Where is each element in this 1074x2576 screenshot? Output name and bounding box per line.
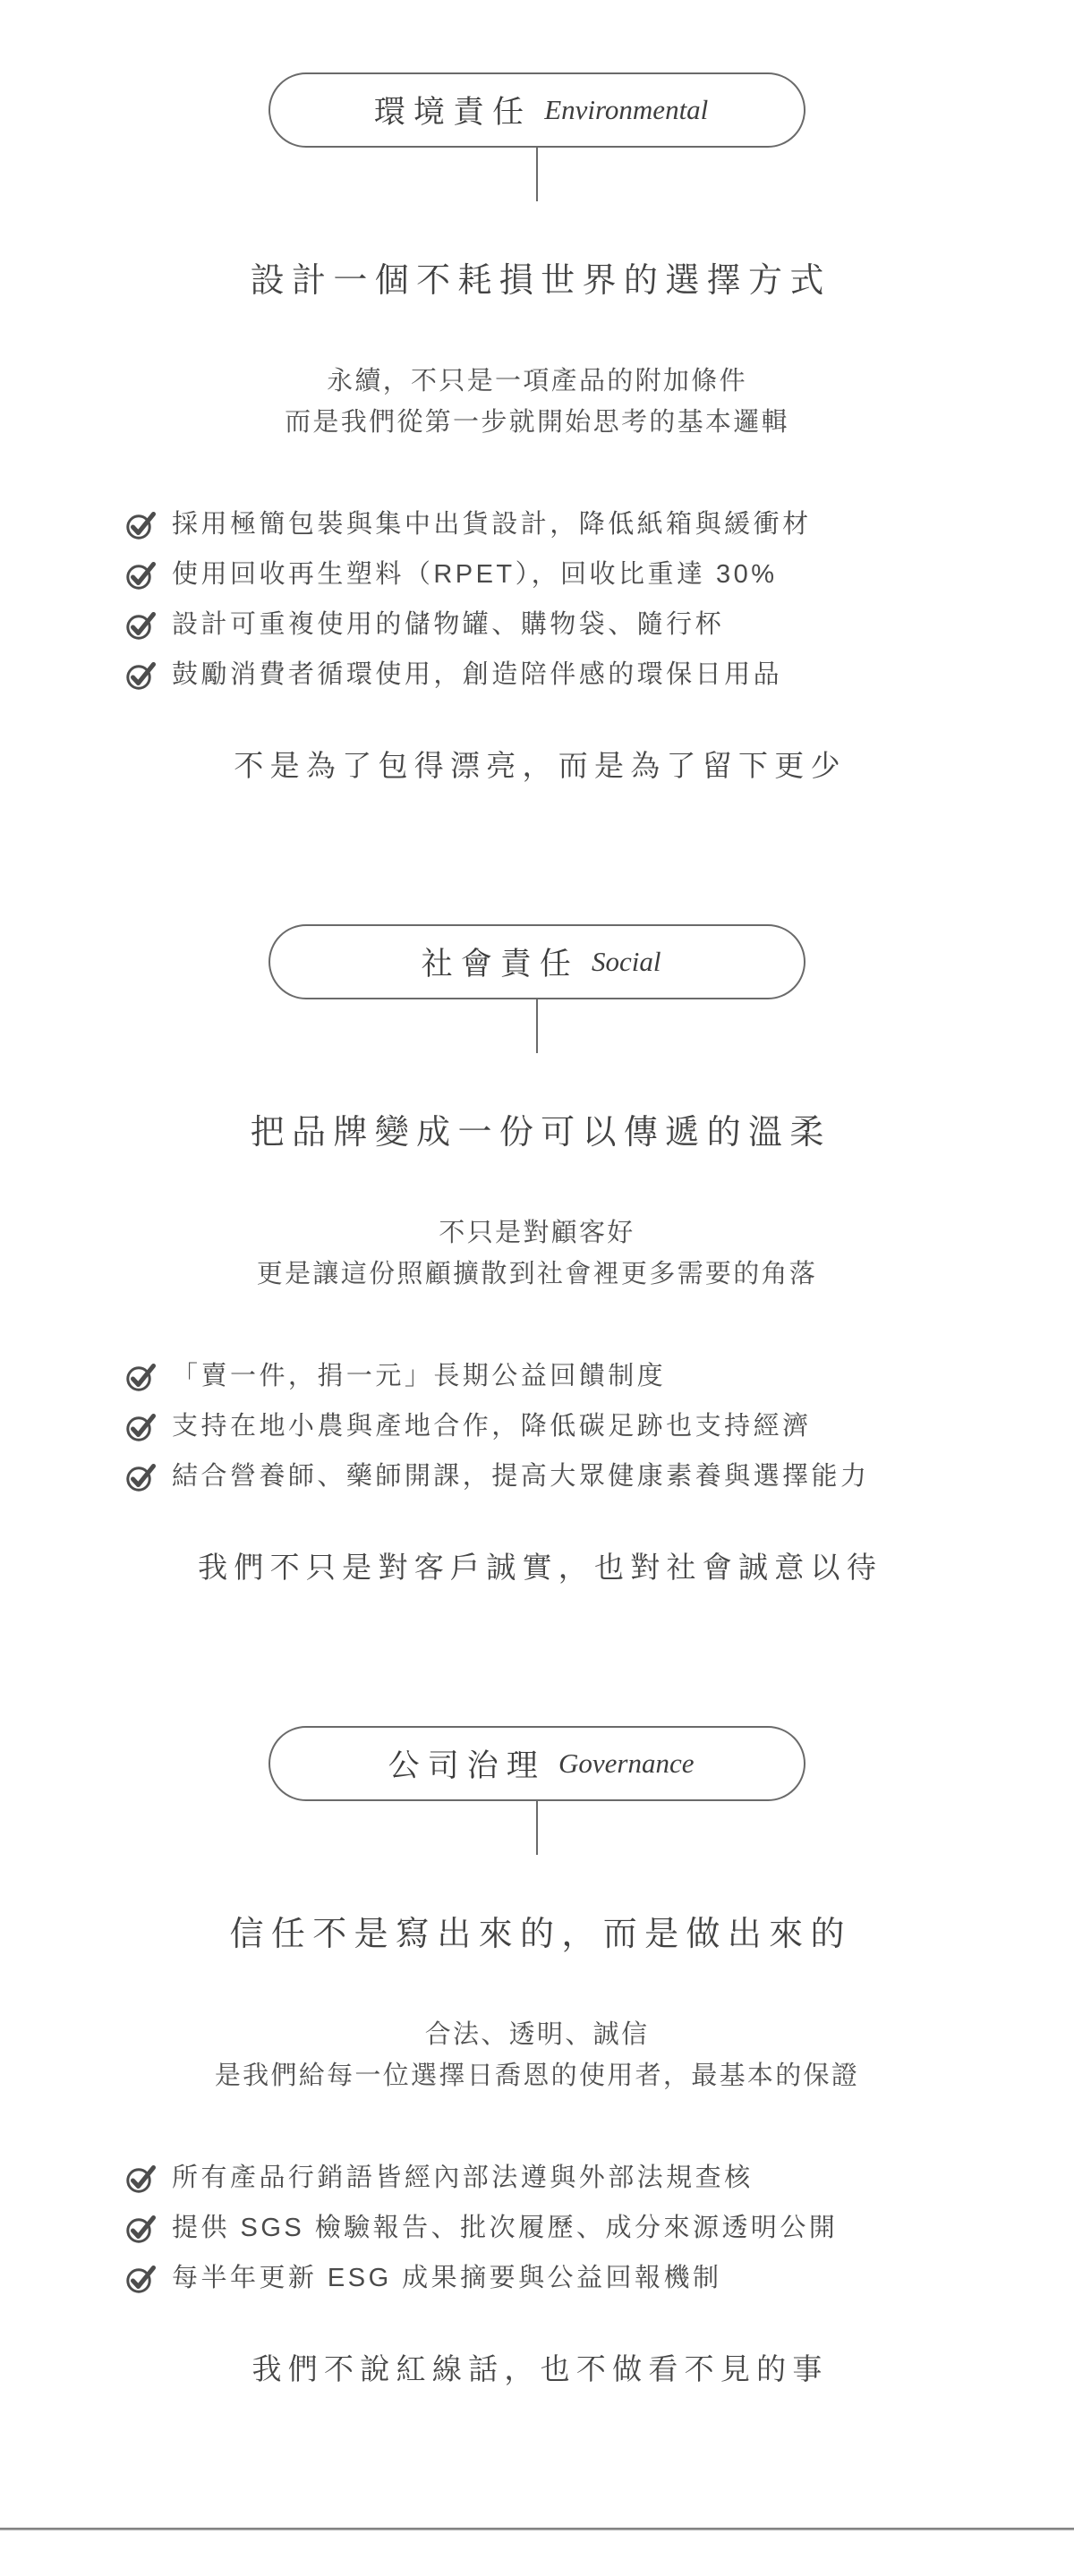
check-circle-icon <box>125 508 158 540</box>
check-circle-icon <box>125 1460 158 1492</box>
list-item-text: 「賣一件，捐一元」長期公益回饋制度 <box>172 1361 666 1391</box>
list-item-text: 使用回收再生塑料（RPET），回收比重達 30% <box>172 559 777 590</box>
badge-title-zh: 公司治理 <box>380 1741 547 1786</box>
esg-page: 環境責任 Environmental 設計一個不耗損世界的選擇方式 永續，不只是… <box>0 0 1074 2576</box>
section-closing-statement: 我們不只是對客戶誠實，也對社會誠意以待 <box>0 1552 1074 1583</box>
badge-title-en: Governance <box>558 1747 695 1780</box>
list-item: 「賣一件，捐一元」長期公益回饋制度 <box>125 1361 1074 1391</box>
list-item: 使用回收再生塑料（RPET），回收比重達 30% <box>125 559 1074 590</box>
check-circle-icon <box>125 2162 158 2194</box>
subtitle-line: 是我們給每一位選擇日喬恩的使用者，最基本的保證 <box>0 2055 1074 2096</box>
check-circle-icon <box>125 659 158 691</box>
list-item: 設計可重複使用的儲物罐、購物袋、隨行杯 <box>125 609 1074 640</box>
subtitle-line: 合法、透明、誠信 <box>0 2014 1074 2055</box>
badge-title-zh: 社會責任 <box>413 939 580 984</box>
list-item-text: 結合營養師、藥師開課，提高大眾健康素養與選擇能力 <box>172 1461 870 1492</box>
list-item-text: 鼓勵消費者循環使用，創造陪伴感的環保日用品 <box>172 659 782 690</box>
list-item: 採用極簡包裝與集中出貨設計，降低紙箱與緩衝材 <box>125 509 1074 540</box>
section-heading: 信任不是寫出來的，而是做出來的 <box>0 1917 1074 1951</box>
list-item: 提供 SGS 檢驗報告、批次履歷、成分來源透明公開 <box>125 2213 1074 2243</box>
check-circle-icon <box>125 2262 158 2294</box>
bottom-divider <box>0 2528 1074 2530</box>
subtitle-line: 更是讓這份照顧擴散到社會裡更多需要的角落 <box>0 1254 1074 1295</box>
subtitle-line: 而是我們從第一步就開始思考的基本邏輯 <box>0 402 1074 443</box>
section-subtitle: 合法、透明、誠信 是我們給每一位選擇日喬恩的使用者，最基本的保證 <box>0 2014 1074 2096</box>
badge-title-zh: 環境責任 <box>366 88 533 132</box>
subtitle-line: 不只是對顧客好 <box>0 1212 1074 1254</box>
check-circle-icon <box>125 558 158 591</box>
section-closing-statement: 不是為了包得漂亮，而是為了留下更少 <box>0 751 1074 781</box>
section-badge-governance: 公司治理 Governance <box>268 1726 805 1801</box>
vertical-connector-line <box>536 999 538 1053</box>
list-item-text: 採用極簡包裝與集中出貨設計，降低紙箱與緩衝材 <box>172 509 812 540</box>
list-item-text: 所有產品行銷語皆經內部法遵與外部法規查核 <box>172 2163 754 2193</box>
list-item: 支持在地小農與產地合作，降低碳足跡也支持經濟 <box>125 1411 1074 1441</box>
list-item-text: 設計可重複使用的儲物罐、購物袋、隨行杯 <box>172 609 724 640</box>
section-social: 社會責任 Social 把品牌變成一份可以傳遞的溫柔 不只是對顧客好 更是讓這份… <box>0 924 1074 1583</box>
section-environmental: 環境責任 Environmental 設計一個不耗損世界的選擇方式 永續，不只是… <box>0 72 1074 781</box>
section-subtitle: 不只是對顧客好 更是讓這份照顧擴散到社會裡更多需要的角落 <box>0 1212 1074 1295</box>
check-circle-icon <box>125 1360 158 1392</box>
subtitle-line: 永續，不只是一項產品的附加條件 <box>0 361 1074 402</box>
list-item-text: 提供 SGS 檢驗報告、批次履歷、成分來源透明公開 <box>172 2213 838 2243</box>
check-circle-icon <box>125 2212 158 2244</box>
vertical-connector-line <box>536 148 538 201</box>
section-heading: 把品牌變成一份可以傳遞的溫柔 <box>0 1116 1074 1150</box>
check-circle-icon <box>125 1410 158 1442</box>
list-item: 每半年更新 ESG 成果摘要與公益回報機制 <box>125 2263 1074 2293</box>
section-badge-social: 社會責任 Social <box>268 924 805 999</box>
list-item: 結合營養師、藥師開課，提高大眾健康素養與選擇能力 <box>125 1461 1074 1492</box>
section-badge-environmental: 環境責任 Environmental <box>268 72 805 148</box>
check-list: 採用極簡包裝與集中出貨設計，降低紙箱與緩衝材 使用回收再生塑料（RPET），回收… <box>0 509 1074 690</box>
badge-title-en: Social <box>592 946 661 978</box>
badge-title-en: Environmental <box>544 94 708 126</box>
check-list: 所有產品行銷語皆經內部法遵與外部法規查核 提供 SGS 檢驗報告、批次履歷、成分… <box>0 2163 1074 2293</box>
section-governance: 公司治理 Governance 信任不是寫出來的，而是做出來的 合法、透明、誠信… <box>0 1726 1074 2385</box>
check-circle-icon <box>125 608 158 641</box>
list-item-text: 每半年更新 ESG 成果摘要與公益回報機制 <box>172 2263 721 2293</box>
check-list: 「賣一件，捐一元」長期公益回饋制度 支持在地小農與產地合作，降低碳足跡也支持經濟… <box>0 1361 1074 1492</box>
list-item: 所有產品行銷語皆經內部法遵與外部法規查核 <box>125 2163 1074 2193</box>
vertical-connector-line <box>536 1801 538 1855</box>
list-item: 鼓勵消費者循環使用，創造陪伴感的環保日用品 <box>125 659 1074 690</box>
section-closing-statement: 我們不說紅線話，也不做看不見的事 <box>0 2354 1074 2385</box>
section-subtitle: 永續，不只是一項產品的附加條件 而是我們從第一步就開始思考的基本邏輯 <box>0 361 1074 443</box>
section-heading: 設計一個不耗損世界的選擇方式 <box>0 264 1074 298</box>
list-item-text: 支持在地小農與產地合作，降低碳足跡也支持經濟 <box>172 1411 812 1441</box>
